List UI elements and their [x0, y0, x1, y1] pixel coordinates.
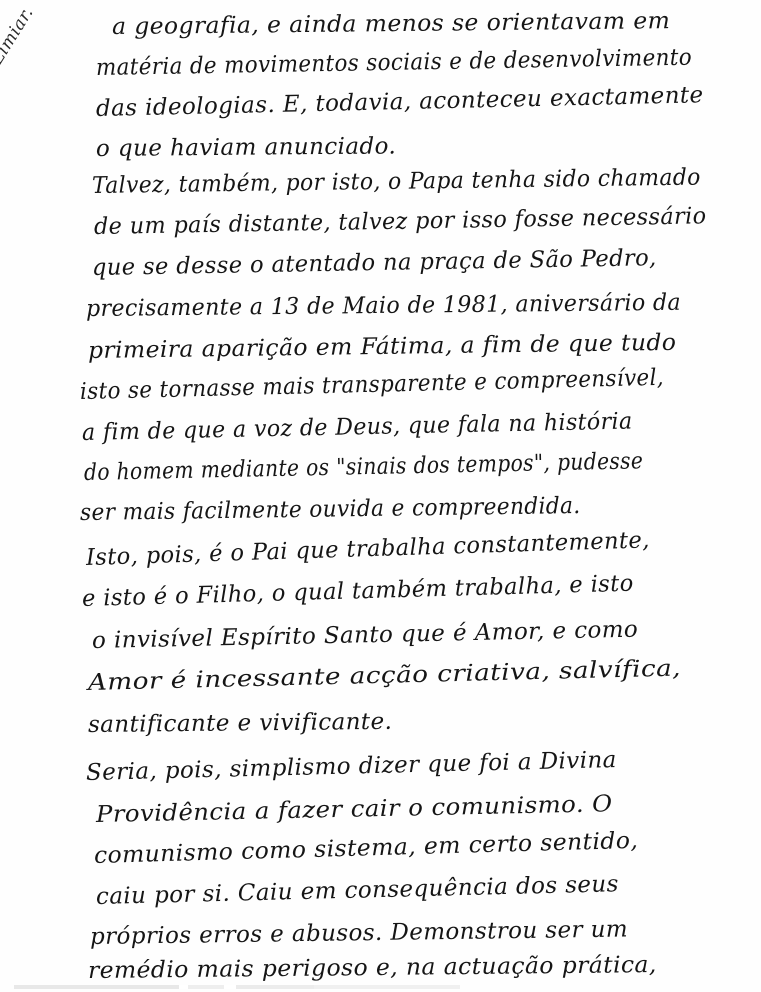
manuscript-page: Limiar. a geografia, e ainda menos se or…	[0, 0, 761, 992]
text-line: primeira aparição em Fátima, a fim de qu…	[88, 330, 677, 364]
text-line: Seria, pois, simplismo dizer que foi a D…	[86, 747, 617, 786]
text-line: que se desse o atentado na praça de São …	[92, 245, 657, 281]
text-line: a geografia, e ainda menos se orientavam…	[112, 8, 671, 40]
text-line: Providência a fazer cair o comunismo. O	[96, 791, 613, 828]
text-line: o que haviam anunciado.	[96, 133, 396, 162]
text-line: do homem mediante os "sinais dos tempos"…	[84, 448, 644, 486]
text-line: precisamente a 13 de Maio de 1981, anive…	[86, 290, 681, 322]
text-line: Talvez, também, por isto, o Papa tenha s…	[92, 165, 701, 199]
text-line: matéria de movimentos sociais e de desen…	[96, 45, 692, 81]
text-line: próprios erros e abusos. Demonstrou ser …	[90, 916, 628, 950]
text-line: Isto, pois, é o Pai que trabalha constan…	[86, 527, 650, 571]
text-line: remédio mais perigoso e, na actuação prá…	[88, 952, 657, 984]
text-line: a fim de que a voz de Deus, que fala na …	[82, 408, 633, 446]
text-line: de um país distante, talvez por isso fos…	[94, 203, 707, 240]
text-line: o invisível Espírito Santo que é Amor, e…	[92, 617, 639, 654]
text-line: Amor é incessante acção criativa, salvíf…	[88, 656, 682, 696]
text-line: ser mais facilmente ouvida e compreendid…	[80, 493, 581, 526]
scan-edge-artifact	[260, 985, 460, 989]
text-line: caiu por si. Caiu em consequência dos se…	[96, 871, 619, 910]
margin-note: Limiar.	[0, 3, 38, 68]
text-line: isto se tornasse mais transparente e com…	[80, 365, 665, 405]
text-line: das ideologias. E, todavia, aconteceu ex…	[96, 82, 704, 122]
text-line: comunismo como sistema, em certo sentido…	[94, 828, 639, 869]
text-line: santificante e vivificante.	[88, 709, 392, 738]
text-line: e isto é o Filho, o qual também trabalha…	[82, 571, 634, 612]
